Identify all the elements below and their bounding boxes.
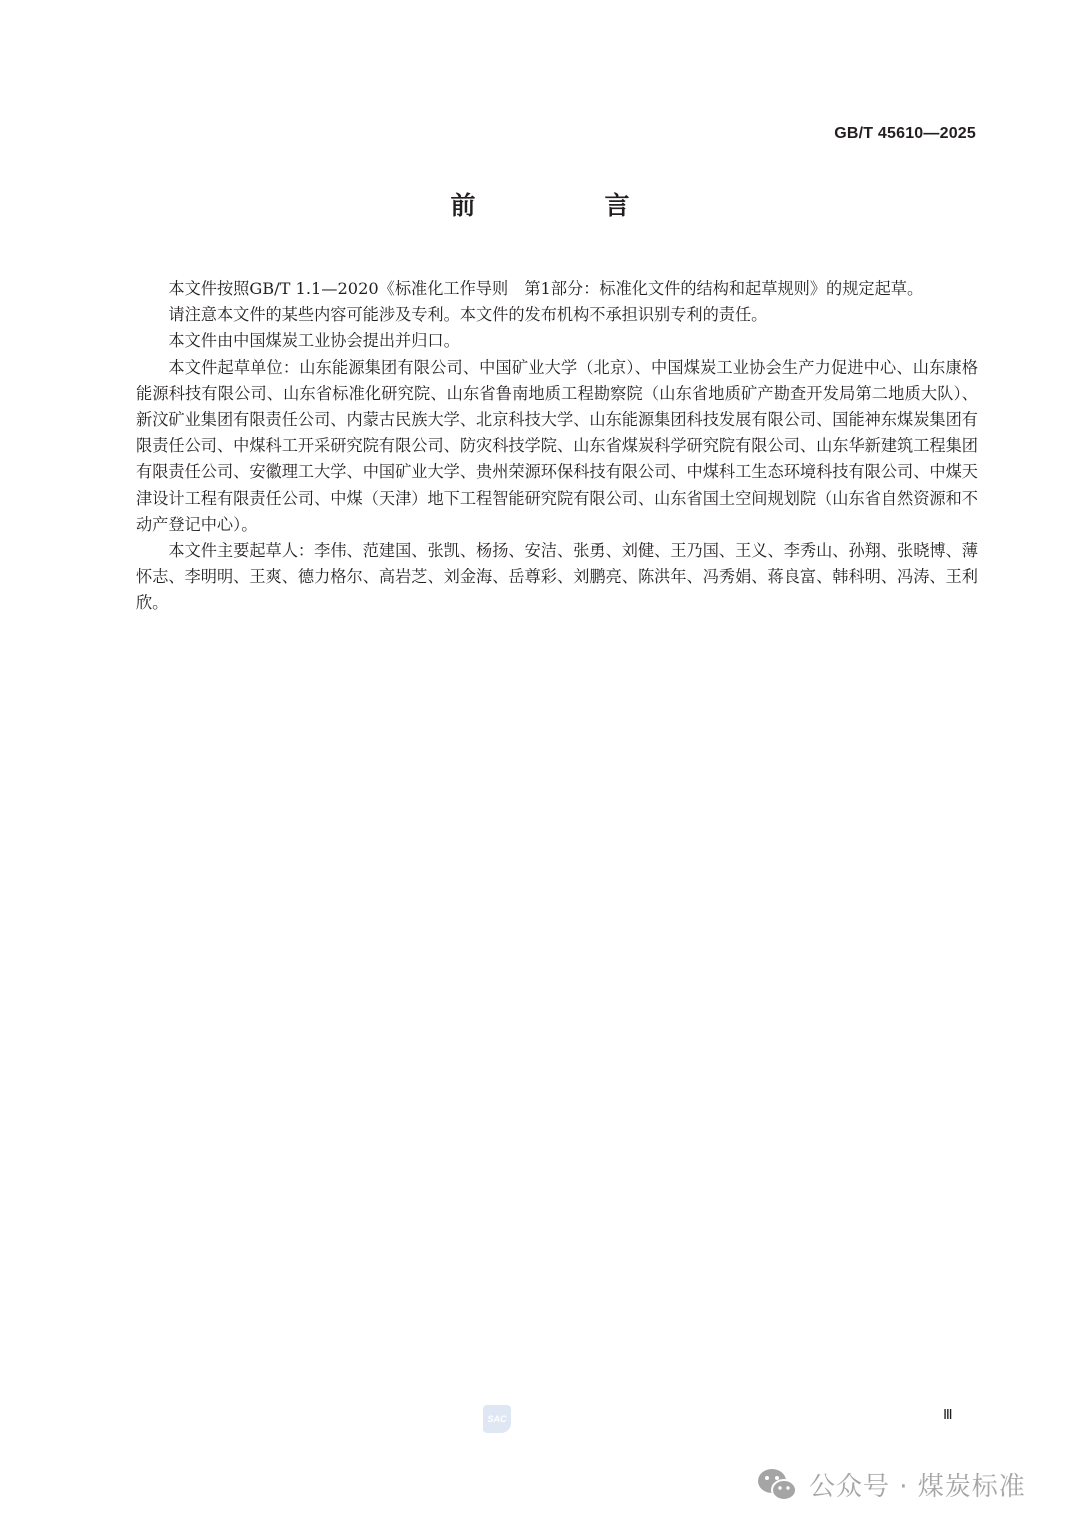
foreword-body: 本文件按照GB/T 1.1—2020《标准化工作导则 第1部分：标准化文件的结构… bbox=[136, 276, 978, 617]
sac-logo: SAC bbox=[483, 1405, 511, 1433]
standard-number: GB/T 45610—2025 bbox=[834, 125, 976, 143]
sac-logo-text: SAC bbox=[487, 1414, 506, 1424]
wechat-icon bbox=[757, 1468, 797, 1502]
watermark-text: 公众号 · 煤炭标准 bbox=[809, 1466, 1026, 1503]
paragraph-proposer: 本文件由中国煤炭工业协会提出并归口。 bbox=[136, 328, 978, 354]
paragraph-drafting-basis: 本文件按照GB/T 1.1—2020《标准化工作导则 第1部分：标准化文件的结构… bbox=[136, 276, 978, 302]
paragraph-patent-notice: 请注意本文件的某些内容可能涉及专利。本文件的发布机构不承担识别专利的责任。 bbox=[136, 302, 978, 328]
paragraph-drafters: 本文件主要起草人：李伟、范建国、张凯、杨扬、安洁、张勇、刘健、王乃国、王义、李秀… bbox=[136, 538, 978, 617]
page-number: Ⅲ bbox=[943, 1407, 953, 1424]
paragraph-drafting-units: 本文件起草单位：山东能源集团有限公司、中国矿业大学（北京）、中国煤炭工业协会生产… bbox=[136, 355, 978, 538]
watermark: 公众号 · 煤炭标准 bbox=[757, 1466, 1026, 1503]
page-title: 前 言 bbox=[0, 186, 1080, 222]
